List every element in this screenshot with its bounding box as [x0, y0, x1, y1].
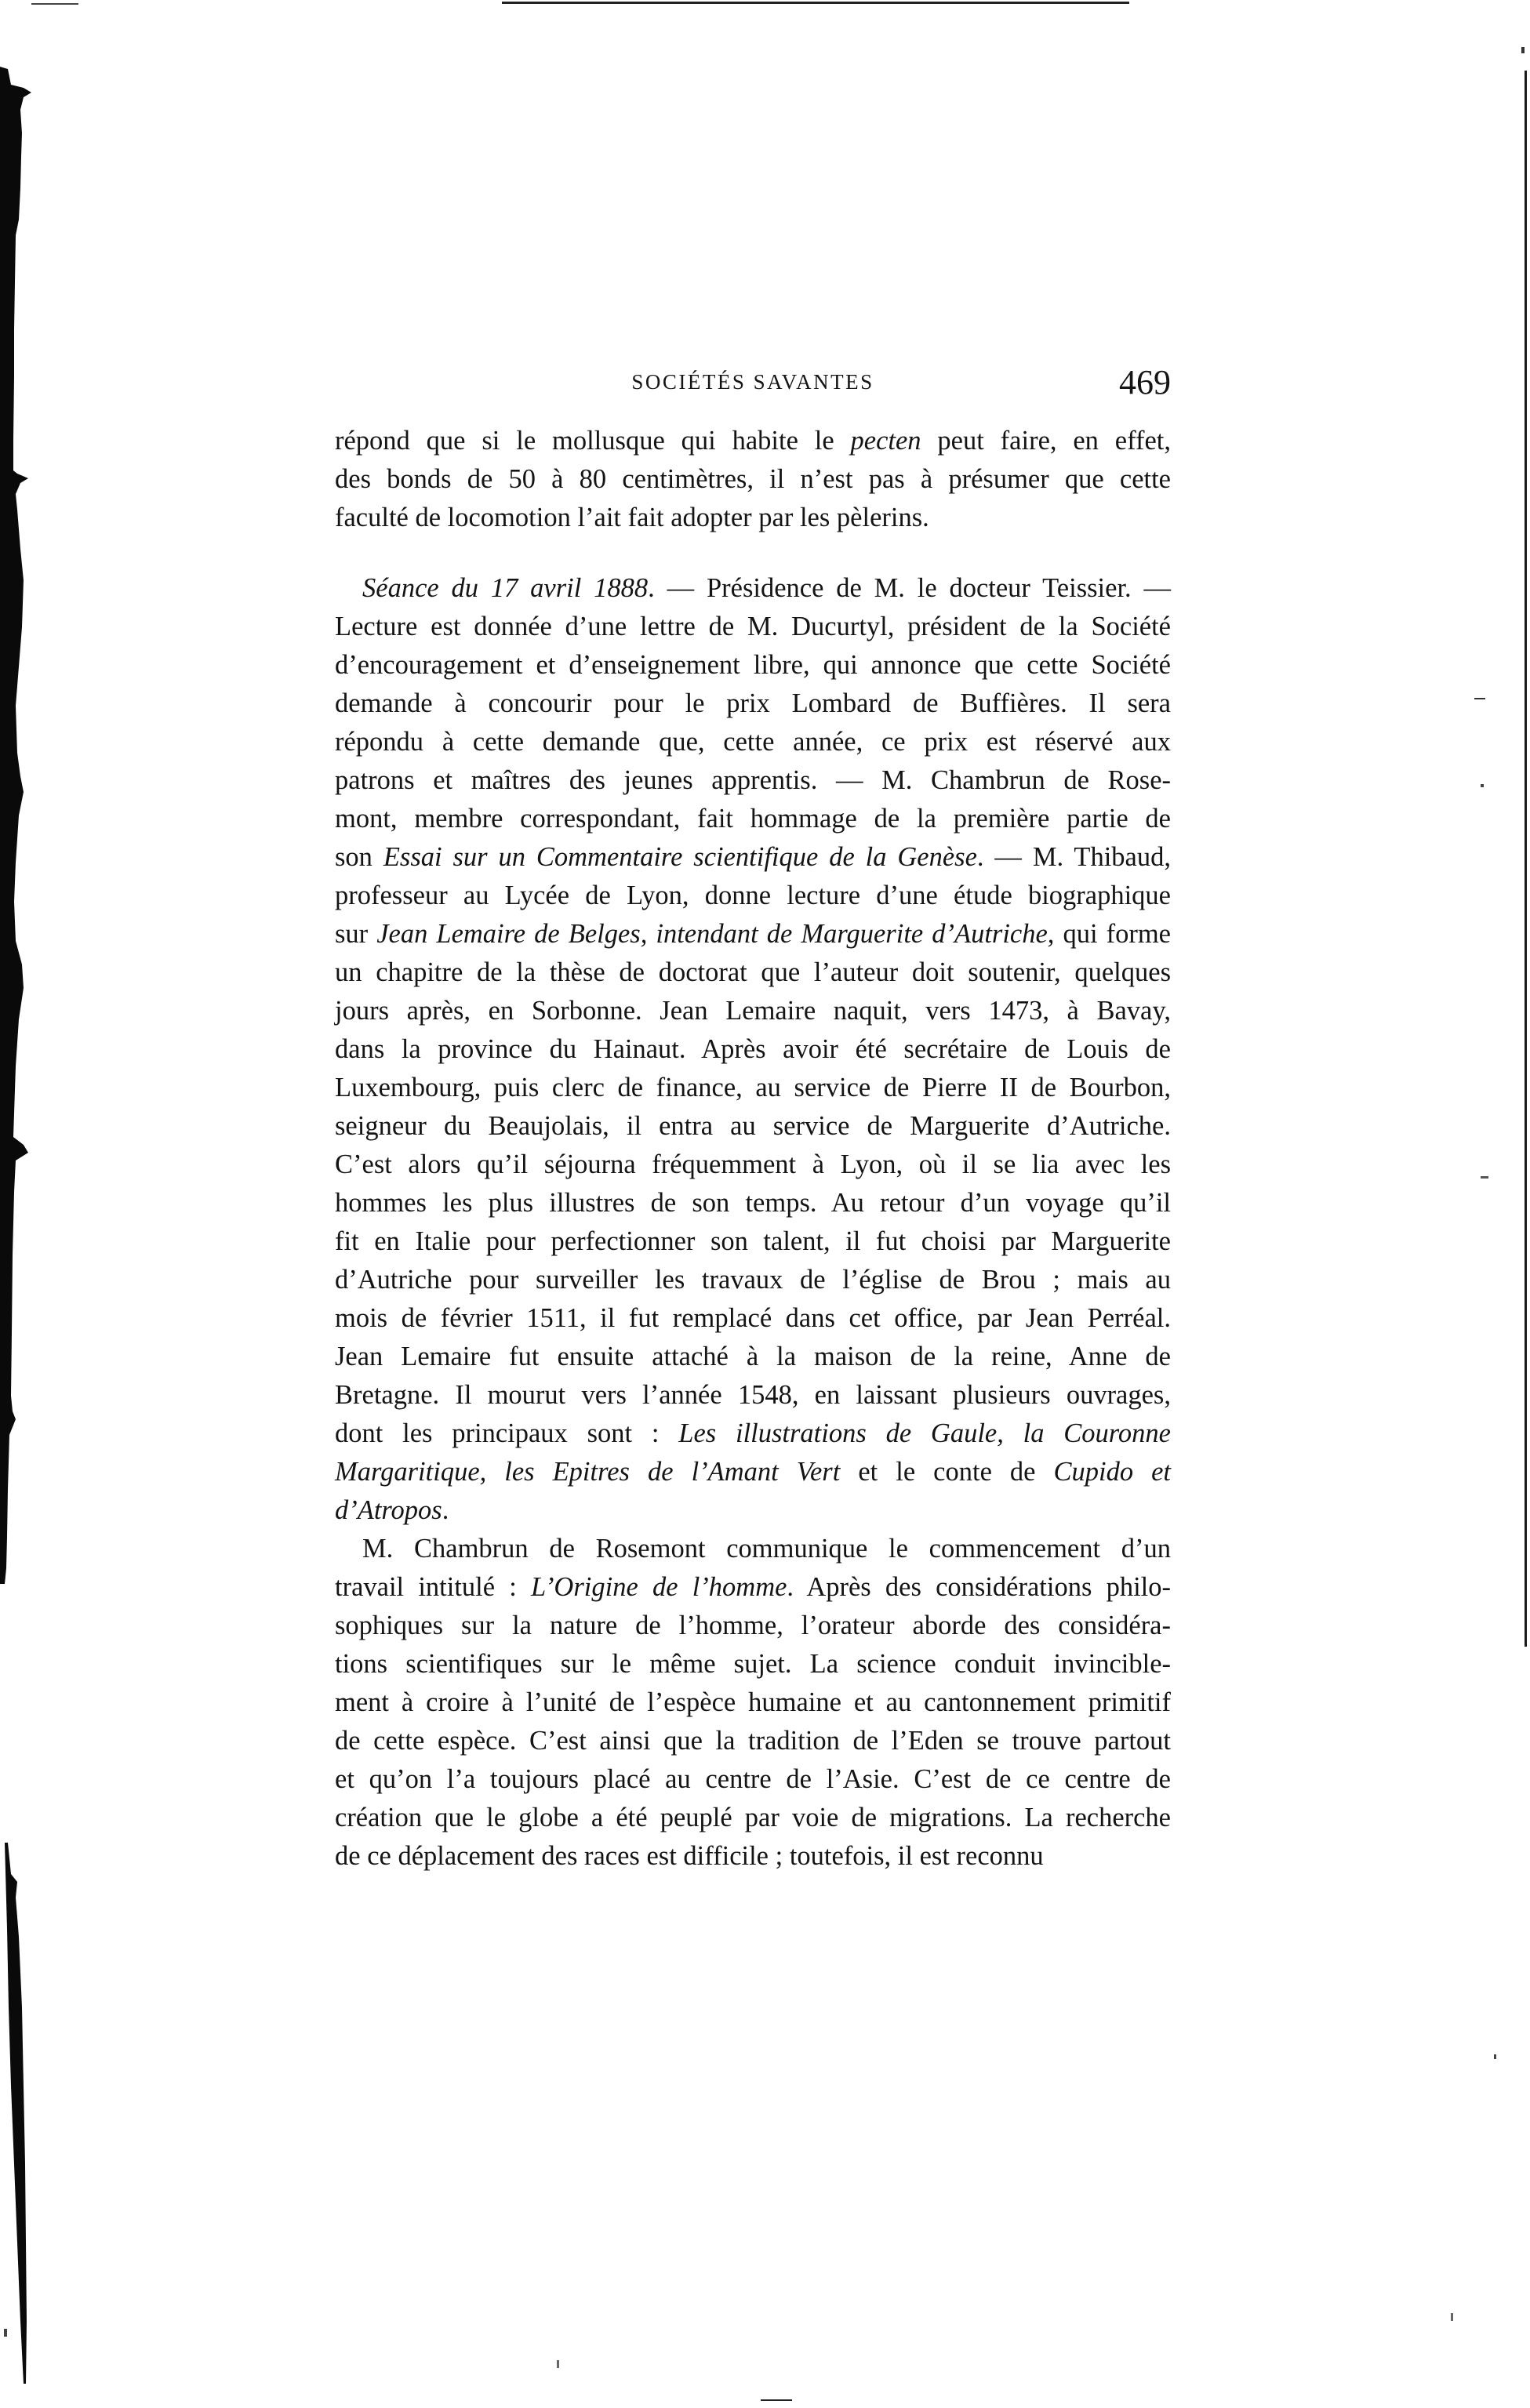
text-line: C’est alors qu’il séjourna fréquemment à… — [335, 1146, 1171, 1184]
text-run: seigneur du Beaujolais, il entra au serv… — [335, 1111, 1171, 1141]
text-line: travail intitulé : L’Origine de l’homme.… — [335, 1568, 1171, 1607]
text-run: . — Présidence de M. le docteur Teissier… — [648, 573, 1171, 603]
text-run: fit en Italie pour perfectionner son tal… — [335, 1226, 1171, 1256]
text-line: sur Jean Lemaire de Belges, intendant de… — [335, 915, 1171, 953]
text-run: sophiques sur la nature de l’homme, l’or… — [335, 1611, 1171, 1640]
text-run: mois de février 1511, il fut remplacé da… — [335, 1303, 1171, 1333]
text-run: hommes les plus illustres de son temps. … — [335, 1188, 1171, 1218]
text-run: et le conte de — [840, 1457, 1053, 1487]
italic-title: d’Atropos — [335, 1495, 442, 1525]
left-scan-edge — [0, 67, 31, 1584]
text-line: hommes les plus illustres de son temps. … — [335, 1184, 1171, 1222]
text-run: M. Chambrun de Rosemont communique le co… — [362, 1534, 1171, 1564]
text-run: patrons et maîtres des jeunes apprentis.… — [335, 765, 1171, 795]
paragraph-origine-de-l-homme: M. Chambrun de Rosemont communique le co… — [335, 1530, 1171, 1876]
text-run: répondu à cette demande que, cette année… — [335, 727, 1171, 757]
text-line: ment à croire à l’unité de l’espèce huma… — [335, 1683, 1171, 1722]
text-run: son — [335, 842, 383, 872]
text-run: de ce déplacement des races est difficil… — [335, 1841, 1044, 1871]
text-line: faculté de locomotion l’ait fait adopter… — [335, 499, 1171, 537]
text-run: et qu’on l’a toujours placé au centre de… — [335, 1764, 1171, 1794]
text-line: de ce déplacement des races est difficil… — [335, 1837, 1171, 1876]
right-scan-edge — [1525, 71, 1527, 1647]
text-run: Lecture est donnée d’une lettre de M. Du… — [335, 612, 1171, 641]
text-line: mont, membre correspondant, fait hommage… — [335, 800, 1171, 838]
text-run: jours après, en Sorbonne. Jean Lemaire n… — [335, 996, 1171, 1026]
text-line: sophiques sur la nature de l’homme, l’or… — [335, 1607, 1171, 1645]
text-run: Jean Lemaire fut ensuite attaché à la ma… — [335, 1342, 1171, 1371]
left-scan-sliver — [5, 1843, 27, 2384]
italic-title: Séance du 17 avril 1888 — [362, 573, 648, 603]
text-line: des bonds de 50 à 80 centimètres, il n’e… — [335, 460, 1171, 499]
italic-title: Cupido et — [1053, 1457, 1171, 1487]
text-run: Luxembourg, puis clerc de finance, au se… — [335, 1073, 1171, 1102]
text-line: création que le globe a été peuplé par v… — [335, 1799, 1171, 1837]
text-line: répondu à cette demande que, cette année… — [335, 723, 1171, 761]
paragraph-continuation: répond que si le mollusque qui habite le… — [335, 422, 1171, 537]
text-run: de cette espèce. C’est ainsi que la trad… — [335, 1726, 1171, 1756]
italic-title: Jean Lemaire de Belges, intendant de Mar… — [376, 919, 1054, 949]
top-scan-rule — [502, 2, 1129, 4]
text-line: demande à concourir pour le prix Lombard… — [335, 685, 1171, 723]
italic-title: Margaritique, les Epitres de l’Amant Ver… — [335, 1457, 840, 1487]
text-run: . Après des considérations philo- — [787, 1572, 1171, 1602]
text-line: Bretagne. Il mourut vers l’année 1548, e… — [335, 1376, 1171, 1415]
page-number: 469 — [1119, 362, 1171, 402]
text-run: sur — [335, 919, 376, 949]
text-run: tions scientifiques sur le même sujet. L… — [335, 1649, 1171, 1679]
text-run: C’est alors qu’il séjourna fréquemment à… — [335, 1150, 1171, 1179]
text-run: mont, membre correspondant, fait hommage… — [335, 804, 1171, 834]
text-line: Jean Lemaire fut ensuite attaché à la ma… — [335, 1338, 1171, 1376]
text-run: demande à concourir pour le prix Lombard… — [335, 688, 1171, 718]
text-run: . — M. Thibaud, — [977, 842, 1171, 872]
text-line: et qu’on l’a toujours placé au centre de… — [335, 1760, 1171, 1799]
text-run: . — [442, 1495, 449, 1525]
text-line: dont les principaux sont : Les illustrat… — [335, 1415, 1171, 1453]
text-line: fit en Italie pour perfectionner son tal… — [335, 1222, 1171, 1261]
text-line: seigneur du Beaujolais, il entra au serv… — [335, 1107, 1171, 1146]
text-line: professeur au Lycée de Lyon, donne lectu… — [335, 877, 1171, 915]
text-line: d’encouragement et d’enseignement libre,… — [335, 646, 1171, 685]
text-run: faculté de locomotion l’ait fait adopter… — [335, 503, 929, 532]
text-run: d’encouragement et d’enseignement libre,… — [335, 650, 1171, 680]
italic-title: pecten — [851, 426, 921, 456]
text-line: répond que si le mollusque qui habite le… — [335, 422, 1171, 460]
text-run: qui forme — [1054, 919, 1171, 949]
text-line: de cette espèce. C’est ainsi que la trad… — [335, 1722, 1171, 1760]
text-line: M. Chambrun de Rosemont communique le co… — [335, 1530, 1171, 1568]
text-line: d’Autriche pour surveiller les travaux d… — [335, 1261, 1171, 1299]
text-run: ment à croire à l’unité de l’espèce huma… — [335, 1687, 1171, 1717]
text-run: un chapitre de la thèse de doctorat que … — [335, 957, 1171, 987]
text-line: tions scientifiques sur le même sujet. L… — [335, 1645, 1171, 1683]
text-run: dont les principaux sont : — [335, 1418, 678, 1448]
text-line: mois de février 1511, il fut remplacé da… — [335, 1299, 1171, 1338]
text-line: Séance du 17 avril 1888. — Présidence de… — [335, 569, 1171, 608]
text-run: création que le globe a été peuplé par v… — [335, 1803, 1171, 1832]
text-run: des bonds de 50 à 80 centimètres, il n’e… — [335, 464, 1171, 494]
italic-title: Les illustrations de Gaule, la Couronne — [678, 1418, 1171, 1448]
text-line: dans la province du Hainaut. Après avoir… — [335, 1030, 1171, 1069]
text-run: répond que si le mollusque qui habite le — [335, 426, 851, 456]
text-line: d’Atropos. — [335, 1491, 1171, 1530]
body-text: répond que si le mollusque qui habite le… — [335, 422, 1171, 1876]
running-head: SOCIÉTÉS SAVANTES 469 — [335, 362, 1171, 409]
text-run: peut faire, en effet, — [921, 426, 1171, 456]
text-line: Margaritique, les Epitres de l’Amant Ver… — [335, 1453, 1171, 1491]
text-line: Luxembourg, puis clerc de finance, au se… — [335, 1069, 1171, 1107]
paragraph-seance-17-avril-1888: Séance du 17 avril 1888. — Présidence de… — [335, 569, 1171, 1530]
italic-title: L’Origine de l’homme — [531, 1572, 787, 1602]
text-run: Bretagne. Il mourut vers l’année 1548, e… — [335, 1380, 1171, 1410]
text-run: professeur au Lycée de Lyon, donne lectu… — [335, 881, 1171, 910]
text-run: travail intitulé : — [335, 1572, 531, 1602]
text-line: Lecture est donnée d’une lettre de M. Du… — [335, 608, 1171, 646]
text-run: dans la province du Hainaut. Après avoir… — [335, 1034, 1171, 1064]
running-title: SOCIÉTÉS SAVANTES — [335, 370, 1171, 394]
text-line: son Essai sur un Commentaire scientifiqu… — [335, 838, 1171, 877]
text-run: d’Autriche pour surveiller les travaux d… — [335, 1265, 1171, 1295]
text-line: jours après, en Sorbonne. Jean Lemaire n… — [335, 992, 1171, 1030]
text-line: un chapitre de la thèse de doctorat que … — [335, 953, 1171, 992]
text-line: patrons et maîtres des jeunes apprentis.… — [335, 761, 1171, 800]
italic-title: Essai sur un Commentaire scientifique de… — [383, 842, 977, 872]
